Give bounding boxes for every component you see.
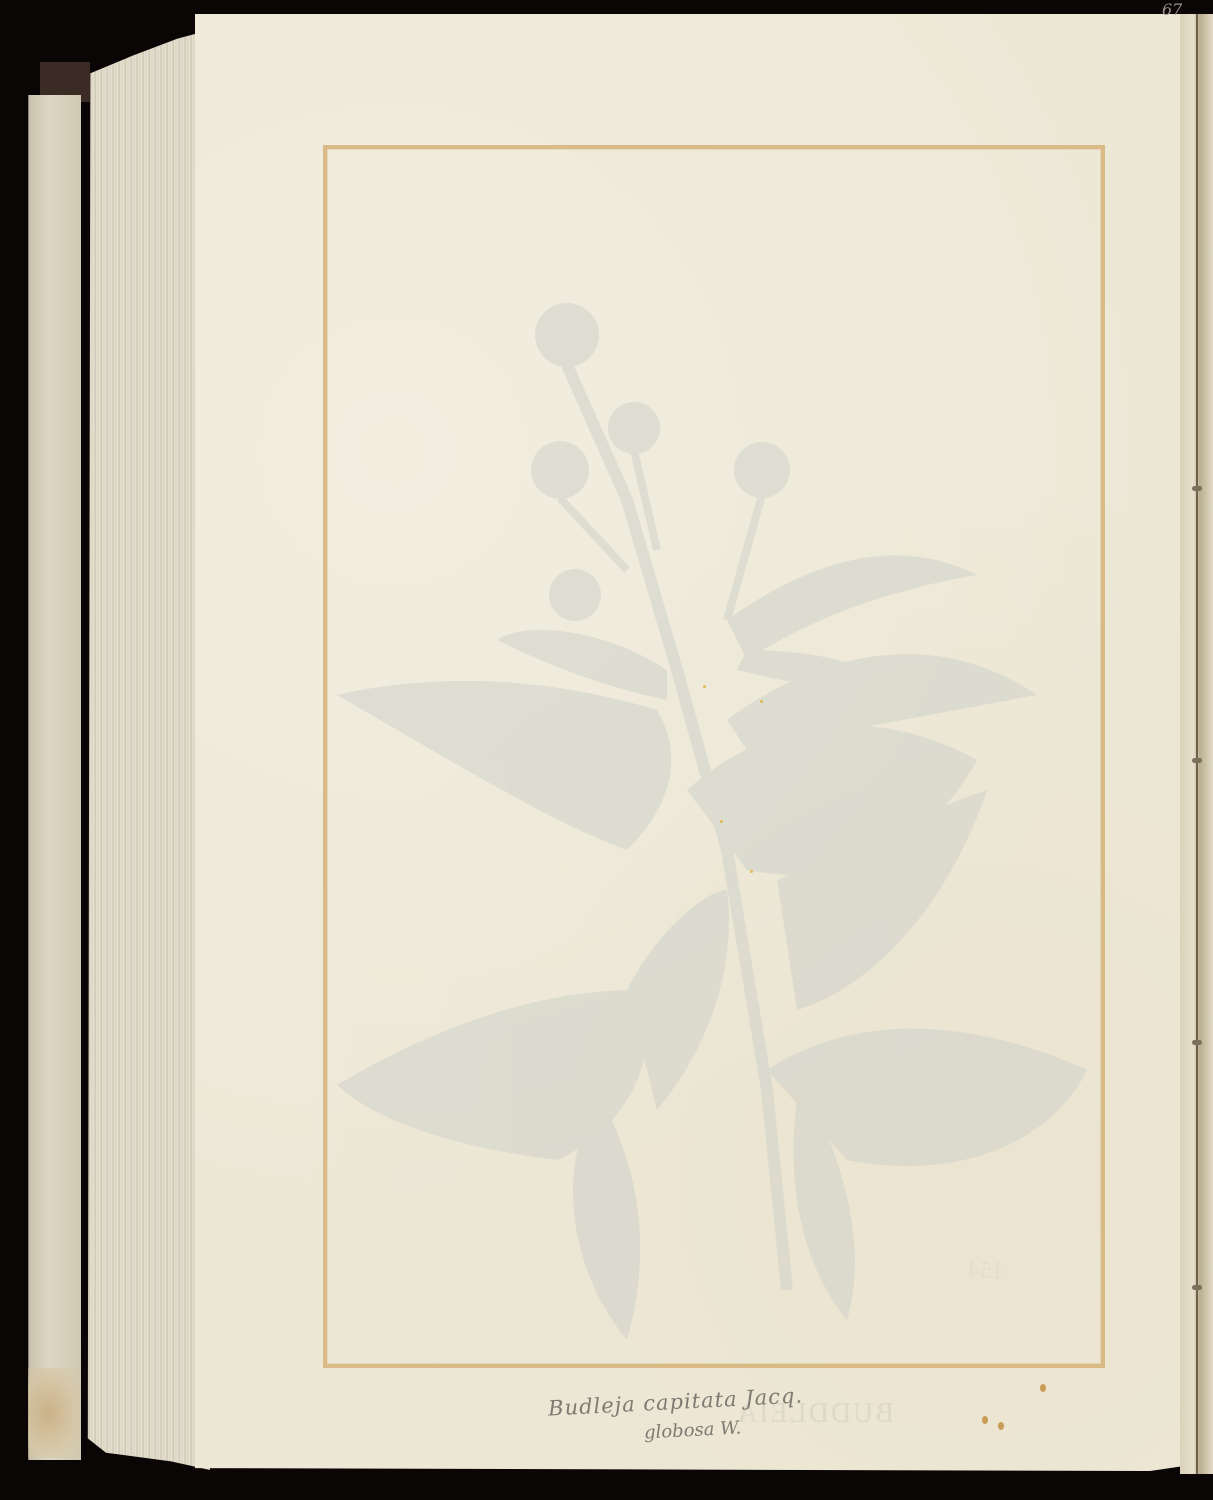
- pencil-annotation: Budleja capitata Jacq. globosa W.: [548, 1390, 808, 1450]
- foxing-spot: [760, 700, 763, 703]
- page-mark: 67: [1162, 0, 1182, 19]
- foxing-spot: [998, 1422, 1004, 1430]
- foxing-spot: [1040, 1384, 1046, 1392]
- stitch-knot: [1192, 486, 1202, 491]
- stitch-knot: [1192, 758, 1202, 763]
- foxing-spot: [703, 685, 706, 688]
- page-edge-stack: [80, 30, 210, 1470]
- show-through-plate-number: 154: [968, 1258, 1004, 1285]
- flyleaf-stain: [28, 1368, 80, 1458]
- flyleaf: [28, 95, 81, 1460]
- foxing-spot: [720, 820, 723, 823]
- binding-stitch: [1196, 14, 1198, 1474]
- foxing-spot: [750, 870, 753, 873]
- stitch-knot: [1192, 1040, 1202, 1045]
- annotation-line-2: globosa W.: [644, 1417, 742, 1443]
- foxing-spot: [982, 1416, 988, 1424]
- plant-illustration: [327, 290, 1101, 1350]
- stitch-knot: [1192, 1285, 1202, 1290]
